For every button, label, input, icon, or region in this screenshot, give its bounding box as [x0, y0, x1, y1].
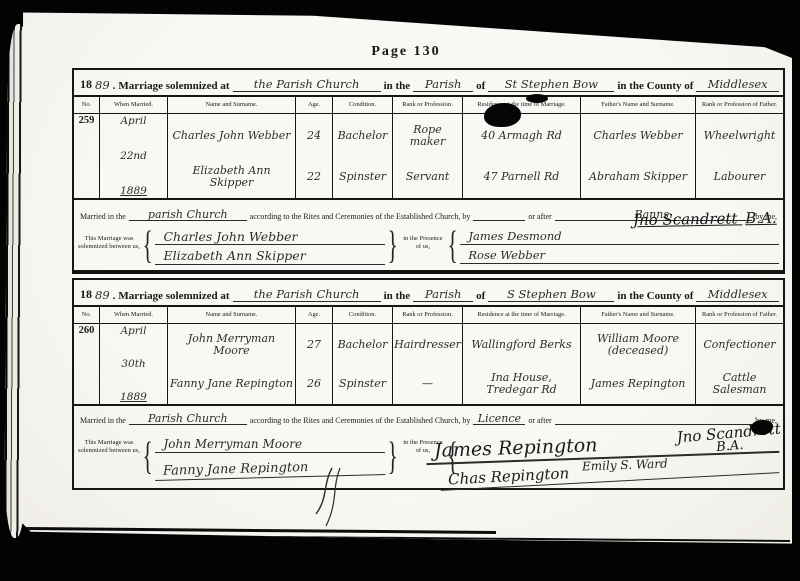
column-header-rank: Rank or Profession. [392, 307, 462, 323]
groom-father-rank: Confectioner [698, 325, 781, 364]
groom-residence: 40 Armagh Rd [465, 115, 578, 156]
scanned-register-scan: Page 130 18 89 . Marriage solemnized at … [0, 0, 800, 581]
witness-signatures: James Desmond Rose Webber [460, 226, 779, 268]
father-ranks-cell: Confectioner Cattle Salesman [695, 324, 783, 404]
groom-residence: Wallingford Berks [465, 325, 578, 364]
groom-father: Charles Webber [583, 115, 693, 156]
bride-rank: Servant [395, 156, 460, 197]
register-page: Page 130 18 89 . Marriage solemnized at … [20, 6, 792, 548]
column-header-father-rank: Rank or Profession of Father. [695, 97, 783, 113]
groom-father-rank: Wheelwright [698, 115, 781, 156]
married-in-handwritten: Parish Church [129, 413, 247, 425]
bride-condition: Spinster [335, 364, 390, 403]
pen-flourish [296, 466, 376, 528]
groom-condition: Bachelor [335, 325, 390, 364]
groom-age: 27 [298, 325, 330, 364]
ages-cell: 27 26 [295, 324, 332, 404]
year-prefix: 18 [80, 77, 92, 92]
solemnized-between-label: This Marriage was solemnized between us, [78, 430, 140, 486]
record-body-row: 260 April 30th 1889 John Merryman Moore … [74, 324, 783, 404]
when-married-cell: April 22nd 1889 [99, 114, 167, 198]
brace-open: { [143, 438, 153, 477]
groom-condition: Bachelor [335, 115, 390, 156]
married-in-the-label: Married in the [80, 212, 126, 221]
column-header-row: No. When Married. Name and Surname. Age.… [74, 95, 783, 114]
names-cell: John Merryman Moore Fanny Jane Repington [167, 324, 295, 404]
column-header-name: Name and Surname. [167, 307, 295, 323]
column-header-residence: Residence at the time of Marriage. [462, 307, 580, 323]
fathers-cell: William Moore (deceased) James Repington [580, 324, 695, 404]
parish-handwritten: Parish [413, 77, 473, 92]
column-header-condition: Condition. [332, 307, 392, 323]
witness-signature-2: Rose Webber [460, 249, 779, 264]
table-divider-rule [72, 271, 785, 274]
groom-signature: John Merryman Moore [155, 438, 385, 453]
column-header-row: No. When Married. Name and Surname. Age.… [74, 305, 783, 324]
names-cell: Charles John Webber Elizabeth Ann Skippe… [167, 114, 295, 198]
parish-name-handwritten: St Stephen Bow [488, 77, 614, 92]
or-after-label: or after [528, 212, 551, 221]
in-the-label: in the [384, 290, 411, 302]
bride-father-rank: Cattle Salesman [698, 364, 781, 403]
groom-father: William Moore (deceased) [583, 325, 693, 364]
brace-close: } [388, 227, 398, 266]
solemnized-between-label: This Marriage was solemnized between us, [78, 226, 140, 268]
solemnized-at-label: Marriage solemnized at [118, 80, 229, 92]
year-handwritten: 89 [95, 288, 110, 302]
column-header-age: Age. [295, 97, 332, 113]
marriage-day: 30th [121, 358, 145, 370]
groom-rank: Hairdresser [395, 325, 460, 364]
column-header-when-married: When Married. [99, 97, 167, 113]
ink-blot [526, 94, 548, 103]
according-label: according to the Rites and Ceremonies of… [250, 416, 471, 425]
or-after-label: or after [528, 416, 551, 425]
parish-name-handwritten: S Stephen Bow [488, 287, 614, 302]
fathers-cell: Charles Webber Abraham Skipper [580, 114, 695, 198]
bride-name: Fanny Jane Repington [170, 364, 293, 403]
ranks-cell: Rope maker Servant [392, 114, 462, 198]
officiant-name: Jno Scandrett [633, 209, 738, 229]
column-header-age: Age. [295, 307, 332, 323]
year-handwritten: 89 [95, 78, 110, 92]
county-of-label: in the County of [617, 80, 693, 92]
column-header-condition: Condition. [332, 97, 392, 113]
column-header-father-rank: Rank or Profession of Father. [695, 307, 783, 323]
of-label: of [476, 290, 485, 302]
bride-father-rank: Labourer [698, 156, 781, 197]
conditions-cell: Bachelor Spinster [332, 324, 392, 404]
church-handwritten: the Parish Church [233, 287, 381, 302]
column-header-father: Father's Name and Surname. [580, 307, 695, 323]
extra-witness-signature: Emily S. Ward [582, 457, 668, 474]
column-header-rank: Rank or Profession. [392, 97, 462, 113]
bride-father: Abraham Skipper [583, 156, 693, 197]
record-title-line: 18 89 . Marriage solemnized at the Paris… [74, 280, 783, 305]
year-period: . [113, 80, 116, 92]
bride-residence: 47 Parnell Rd [465, 156, 578, 197]
by-licence-handwritten: Licence [473, 413, 525, 425]
signature-row: This Marriage was solemnized between us,… [74, 428, 783, 488]
record-number: 260 [74, 324, 99, 404]
solemnized-at-label: Marriage solemnized at [118, 290, 229, 302]
column-header-father: Father's Name and Surname. [580, 97, 695, 113]
record-body-row: 259 April 22nd 1889 Charles John Webber … [74, 114, 783, 198]
presence-label: in the Presence of us, [401, 226, 445, 268]
parish-handwritten: Parish [413, 287, 473, 302]
bride-condition: Spinster [335, 156, 390, 197]
column-header-residence: Residence at the time of Marriage. [462, 97, 580, 113]
married-in-handwritten: parish Church [129, 209, 247, 221]
year-period: . [113, 290, 116, 302]
record-title-line: 18 89 . Marriage solemnized at the Paris… [74, 70, 783, 95]
column-header-no: No. [74, 97, 99, 113]
bride-age: 22 [298, 156, 330, 197]
bride-name: Elizabeth Ann Skipper [170, 156, 293, 197]
married-in-the-label: Married in the [80, 416, 126, 425]
marriage-record-259: 18 89 . Marriage solemnized at the Paris… [72, 68, 785, 272]
residences-cell: Wallingford Berks Ina House, Tredegar Rd [462, 324, 580, 404]
signature-row: This Marriage was solemnized between us,… [74, 224, 783, 270]
marriage-month: April [120, 115, 146, 127]
bride-age: 26 [298, 364, 330, 403]
ranks-cell: Hairdresser — [392, 324, 462, 404]
marriage-month: April [120, 325, 146, 337]
page-bottom-edge-line [20, 534, 790, 542]
year-prefix: 18 [80, 287, 92, 302]
groom-age: 24 [298, 115, 330, 156]
ages-cell: 24 22 [295, 114, 332, 198]
marriage-year: 1889 [120, 185, 147, 197]
county-handwritten: Middlesex [696, 77, 779, 92]
church-handwritten: the Parish Church [233, 77, 381, 92]
column-header-no: No. [74, 307, 99, 323]
groom-signature: Charles John Webber [155, 230, 385, 246]
in-the-label: in the [384, 80, 411, 92]
column-header-when-married: When Married. [99, 307, 167, 323]
when-married-cell: April 30th 1889 [99, 324, 167, 404]
of-label: of [476, 80, 485, 92]
page-number: Page 130 [20, 44, 792, 60]
marriage-record-260: 18 89 . Marriage solemnized at the Paris… [72, 278, 785, 490]
officiant-degree: B.A. [745, 209, 777, 228]
by-licence-handwritten [473, 220, 525, 221]
according-label: according to the Rites and Ceremonies of… [250, 212, 471, 221]
brace-close: } [388, 438, 398, 477]
bride-signature: Elizabeth Ann Skipper [155, 249, 385, 265]
column-header-name: Name and Surname. [167, 97, 295, 113]
father-ranks-cell: Wheelwright Labourer [695, 114, 783, 198]
marriage-year: 1889 [120, 391, 147, 403]
conditions-cell: Bachelor Spinster [332, 114, 392, 198]
county-of-label: in the County of [617, 290, 693, 302]
witness-signature-1: James Desmond [460, 230, 779, 245]
brace-open: { [448, 227, 458, 266]
brace-open: { [143, 227, 153, 266]
groom-rank: Rope maker [395, 115, 460, 156]
bride-father: James Repington [583, 364, 693, 403]
bride-residence: Ina House, Tredegar Rd [465, 364, 578, 403]
ink-blot [484, 103, 521, 127]
couple-signatures: Charles John Webber Elizabeth Ann Skippe… [155, 226, 385, 268]
marriage-day: 22nd [120, 150, 147, 162]
bride-rank: — [395, 364, 460, 403]
record-number: 259 [74, 114, 99, 198]
married-in-line: Married in the Parish Church according t… [74, 404, 783, 428]
groom-name: John Merryman Moore [170, 325, 293, 364]
officiant-signature: Jno Scandrett B.A. [633, 209, 777, 230]
county-handwritten: Middlesex [696, 287, 779, 302]
groom-name: Charles John Webber [170, 115, 293, 156]
page-bottom-edge-line [26, 527, 496, 534]
residences-cell: 40 Armagh Rd 47 Parnell Rd [462, 114, 580, 198]
